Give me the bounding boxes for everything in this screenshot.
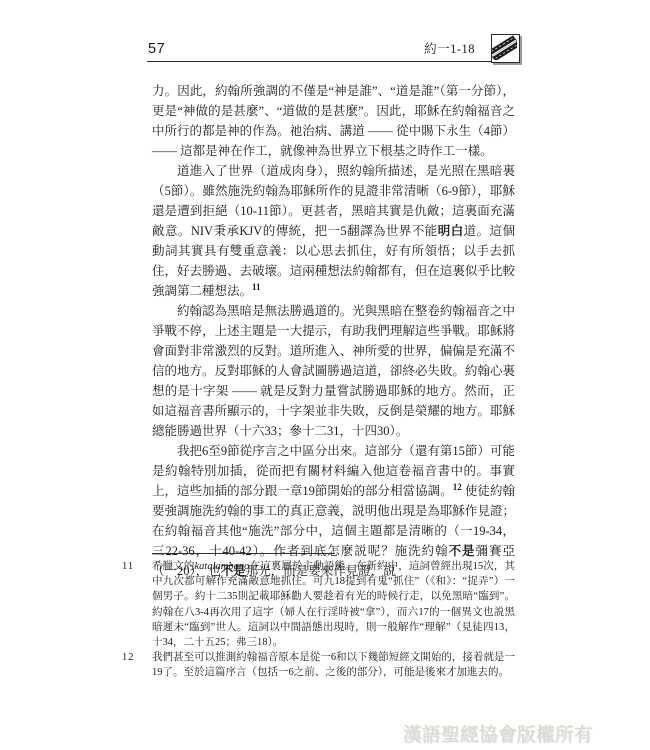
text-run: katalambano: [195, 561, 250, 572]
text-run: 我們甚至可以推測約翰福音原本是從一6和以下幾節短經文開始的，接着就是一19了。至…: [152, 652, 515, 678]
text-run: 希臘文的: [152, 561, 195, 572]
text-run: 在這裏屬於主動語態。在新約中，這詞曾經出現15次，其中九次都可解作充滿敵意地抓住…: [152, 561, 515, 648]
footnote-text: 我們甚至可以推測約翰福音原本是從一6和以下幾節短經文開始的，接着就是一19了。至…: [152, 652, 515, 678]
footnote: 12我們甚至可以推測約翰福音原本是從一6和以下幾節短經文開始的，接着就是一19了…: [152, 650, 515, 680]
footnote-separator: [152, 553, 334, 554]
body-text: 力。因此，約翰所強調的不僅是“神是誰”、“道是誰”（第一分節），更是“神做的是甚…: [152, 81, 515, 581]
text-run: 約翰認為黑暗是無法勝過道的。光與黑暗在整卷約翰福音之中爭戰不停，上述主題是一大提…: [152, 304, 515, 438]
page-header: 57 約一1-18: [147, 0, 520, 62]
page-number: 57: [148, 41, 165, 57]
footnote: 11希臘文的katalambano在這裏屬於主動語態。在新約中，這詞曾經出現15…: [152, 559, 515, 650]
watermark: 漢語聖經協會版權所有: [403, 721, 593, 747]
book-page: 57 約一1-18 力。因此，約翰所強調的不僅是“神是誰”、“道是誰”（第一分節…: [0, 0, 650, 750]
section-reference: 約一1-18: [424, 39, 475, 57]
text-run: 不是: [449, 544, 476, 558]
footnotes: 11希臘文的katalambano在這裏屬於主動語態。在新約中，這詞曾經出現15…: [152, 559, 515, 681]
footnote-number: 11: [122, 559, 134, 574]
footnote-text: 希臘文的katalambano在這裏屬於主動語態。在新約中，這詞曾經出現15次，…: [152, 561, 515, 648]
text-run: 力。因此，約翰所強調的不僅是“神是誰”、“道是誰”（第一分節），更是“神做的是甚…: [152, 84, 515, 158]
footnote-ref: 11: [252, 282, 261, 292]
paragraph: 道進入了世界（道成肉身），照約翰所描述，是光照在黑暗裏（5節）。雖然施洗約翰為耶…: [152, 161, 515, 301]
paragraph: 力。因此，約翰所強調的不僅是“神是誰”、“道是誰”（第一分節），更是“神做的是甚…: [152, 81, 515, 161]
footnote-number: 12: [122, 650, 135, 665]
stacked-books-icon: [491, 34, 520, 63]
text-run: 明白: [438, 224, 464, 238]
paragraph: 約翰認為黑暗是無法勝過道的。光與黑暗在整卷約翰福音之中爭戰不停，上述主題是一大提…: [152, 301, 515, 441]
footnote-ref: 12: [453, 482, 462, 492]
